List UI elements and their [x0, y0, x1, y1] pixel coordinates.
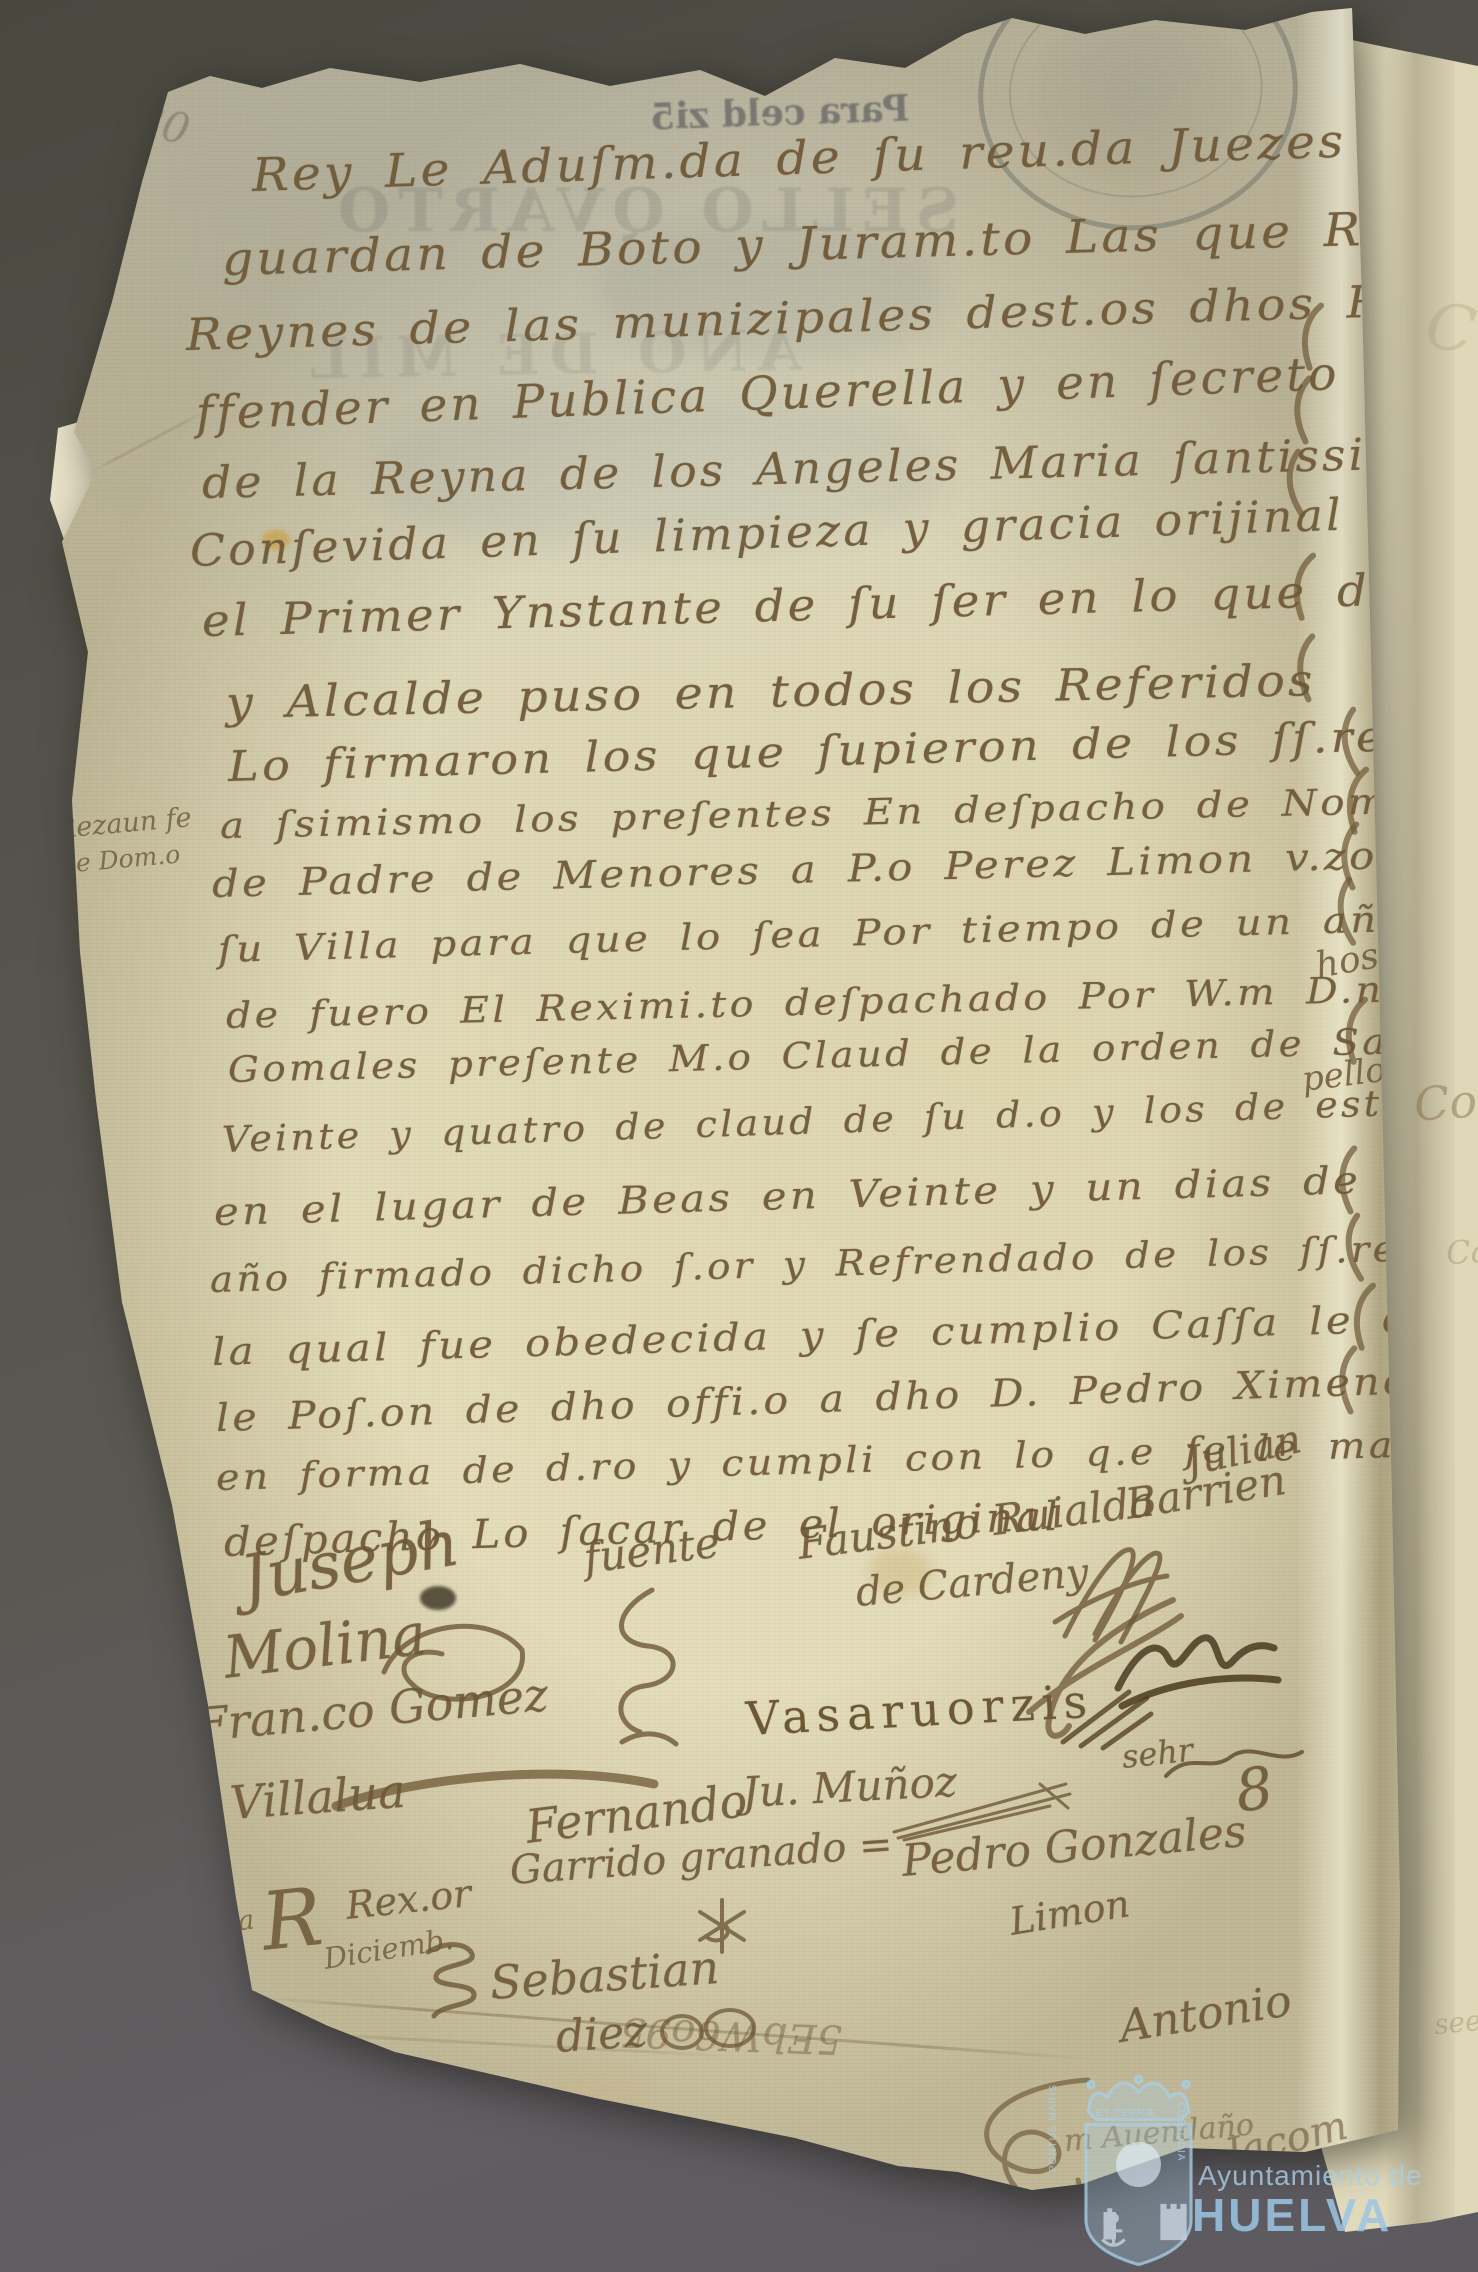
archive-photo: C Com Cau see 80 Para celd zi5 SELLO QVA… — [0, 0, 1478, 2272]
signature: Antonio — [1116, 1975, 1295, 2052]
folio-number: 80 — [131, 94, 195, 154]
main-page: 80 Para celd zi5 SELLO QVARTO ANO DE MIL… — [0, 0, 1478, 2272]
ink-flourish-fuentes — [592, 1582, 702, 1776]
signature: Limon — [1007, 1881, 1133, 1943]
huelva-watermark: PORTUS MARIS ET TERRÆ CUSTODIA Ayuntamie… — [1040, 2062, 1478, 2272]
huelva-coat-of-arms — [1066, 2072, 1216, 2272]
watermark-motto: CUSTODIA — [1175, 2102, 1186, 2162]
manuscript-line: año firmado dicho ſ.or y Refrendado de l… — [209, 1225, 1478, 1301]
ink-flourish-strike — [330, 1758, 660, 1832]
ink-flourish-star — [692, 1896, 752, 1960]
corner-note: sacada d.a — [108, 1904, 256, 1952]
watermark-motto: ET TERRÆ — [1096, 2108, 1156, 2119]
paper-stain — [548, 2068, 644, 2110]
manuscript-line: en el lugar de Beas en Veinte y un dias … — [213, 1150, 1478, 1234]
watermark-city-name: HUELVA — [1192, 2188, 1392, 2242]
ink-scrawl — [1160, 1740, 1310, 1794]
manuscript-line: Veinte y quatro de claud de ſu d.o y los… — [221, 1076, 1478, 1161]
main-page-wrap: 80 Para celd zi5 SELLO QVARTO ANO DE MIL… — [0, 0, 1478, 2272]
paper-crease — [91, 409, 207, 473]
signature: Rex.or — [344, 1871, 474, 1928]
ink-flourish-stack — [418, 1934, 488, 2038]
margin-note: Rezaun fe — [55, 802, 193, 845]
ink-scrawl-dark — [1108, 1618, 1288, 1732]
corner-note: Prov. de — [136, 1953, 249, 1997]
ink-flourish-molina — [372, 1606, 542, 1730]
stamp-inner-ring — [998, 0, 1273, 210]
corner-note-initial: R — [257, 1870, 327, 1969]
margin-note: de Dom.o — [59, 840, 182, 879]
manuscript-line: ſu Villa para que lo ſea Por tiempo de u… — [217, 895, 1478, 971]
watermark-motto: PORTUS MARIS — [1048, 2084, 1059, 2172]
ink-flourish-feather — [890, 1774, 1080, 1848]
manuscript-line: el Primer Ynstante de ſu ſer en lo que d… — [201, 564, 1435, 647]
ink-flourish-circles — [648, 1998, 778, 2072]
